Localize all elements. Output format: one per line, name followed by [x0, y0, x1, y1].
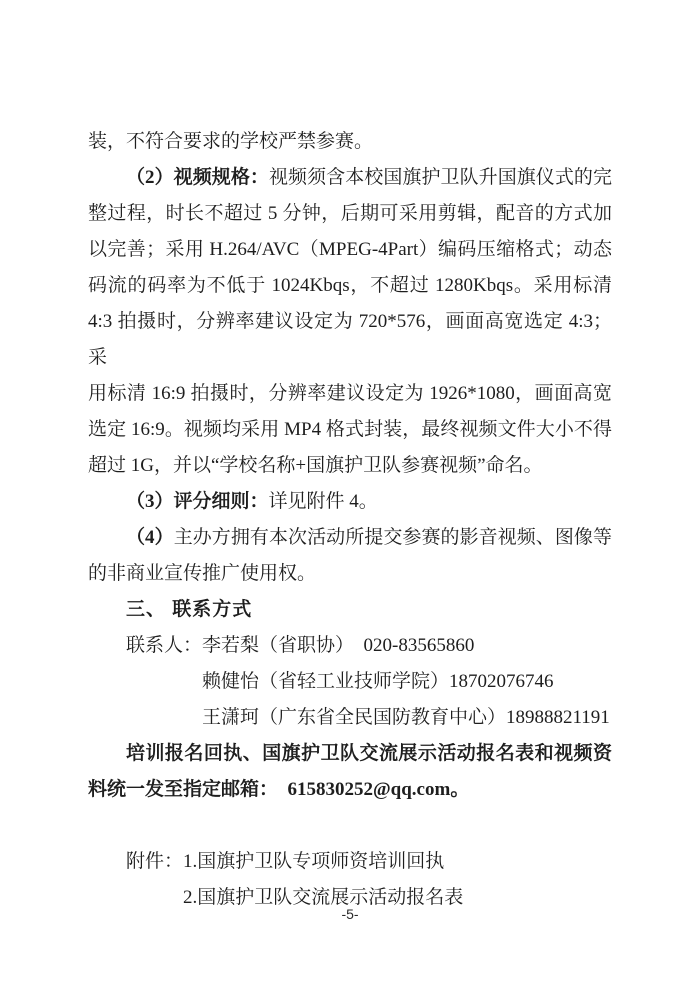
video-spec-paragraph-line: 选定 16:9。视频均采用 MP4 格式封装，最终视频文件大小不得: [88, 412, 612, 448]
video-spec-paragraph-end-line: 超过 1G，并以“学校名称+国旗护卫队参赛视频”命名。: [88, 448, 612, 484]
video-spec-paragraph-line: 码流的码率为不低于 1024Kbqs，不超过 1280Kbqs。采用标清: [88, 268, 612, 304]
mailbox-notice-end-line: 料统一发至指定邮箱： 615830252@qq.com。: [88, 772, 612, 808]
text-segment: 装，不符合要求的学校严禁参赛。: [88, 131, 373, 152]
text-segment: 主办方拥有本次活动所提交参赛的影音视频、图像等: [174, 527, 612, 548]
mailbox-notice-line: 培训报名回执、国旗护卫队交流展示活动报名表和视频资: [88, 736, 612, 772]
paragraph-end-line: 装，不符合要求的学校严禁参赛。: [88, 124, 612, 160]
blank-line: [88, 808, 612, 844]
text-segment: 4:3 拍摄时，分辨率建议设定为 720*576，画面高宽选定 4:3；采: [88, 311, 612, 368]
rights-paragraph-end-line: 的非商业宣传推广使用权。: [88, 556, 612, 592]
text-segment: 的非商业宣传推广使用权。: [88, 563, 316, 584]
bold-label-segment: （2）视频规格：: [126, 167, 269, 188]
video-spec-paragraph-line: 以完善；采用 H.264/AVC（MPEG-4Part）编码压缩格式；动态: [88, 232, 612, 268]
scoring-rules-line: （3）评分细则：详见附件 4。: [88, 484, 612, 520]
text-segment: 王潇珂（广东省全民国防教育中心）18988821191: [202, 707, 610, 728]
contact-line: 联系人：李若梨（省职协） 020-83565860: [88, 628, 612, 664]
text-segment: 超过 1G，并以“学校名称+国旗护卫队参赛视频”命名。: [88, 455, 543, 476]
attachment-line: 附件：1.国旗护卫队专项师资培训回执: [88, 844, 612, 880]
text-segment: 视频须含本校国旗护卫队升国旗仪式的完: [269, 167, 612, 188]
video-spec-paragraph-line: 4:3 拍摄时，分辨率建议设定为 720*576，画面高宽选定 4:3；采: [88, 304, 612, 376]
text-segment: 以完善；采用 H.264/AVC（MPEG-4Part）编码压缩格式；动态: [88, 239, 612, 260]
rights-paragraph-line: （4）主办方拥有本次活动所提交参赛的影音视频、图像等: [88, 520, 612, 556]
text-segment: 培训报名回执、国旗护卫队交流展示活动报名表和视频资: [126, 743, 612, 764]
video-spec-paragraph-line: 整过程，时长不超过 5 分钟，后期可采用剪辑，配音的方式加: [88, 196, 612, 232]
text-segment: 码流的码率为不低于 1024Kbqs，不超过 1280Kbqs。采用标清: [88, 275, 612, 296]
document-page: 装，不符合要求的学校严禁参赛。 （2）视频规格：视频须含本校国旗护卫队升国旗仪式…: [0, 0, 700, 990]
text-segment: 用标清 16:9 拍摄时，分辨率建议设定为 1926*1080，画面高宽: [88, 383, 612, 404]
contact-line: 赖健怡（省轻工业技师学院）18702076746: [202, 664, 612, 700]
document-body: 装，不符合要求的学校严禁参赛。 （2）视频规格：视频须含本校国旗护卫队升国旗仪式…: [88, 124, 612, 916]
text-segment: 赖健怡（省轻工业技师学院）18702076746: [202, 671, 554, 692]
text-segment: 料统一发至指定邮箱： 615830252@qq.com。: [88, 779, 469, 800]
text-segment: 联系人：李若梨（省职协） 020-83565860: [126, 635, 474, 656]
contact-line: 王潇珂（广东省全民国防教育中心）18988821191: [202, 700, 612, 736]
text-segment: 详见附件 4。: [269, 491, 378, 512]
page-number: -5-: [0, 906, 700, 922]
video-spec-paragraph-line: （2）视频规格：视频须含本校国旗护卫队升国旗仪式的完: [88, 160, 612, 196]
text-segment: 2.国旗护卫队交流展示活动报名表: [183, 887, 463, 908]
bold-label-segment: （3）评分细则：: [126, 491, 269, 512]
text-segment: 整过程，时长不超过 5 分钟，后期可采用剪辑，配音的方式加: [88, 203, 612, 224]
section-heading-contact: 三、 联系方式: [88, 592, 612, 628]
text-segment: 附件：1.国旗护卫队专项师资培训回执: [126, 851, 444, 872]
heading-text: 三、 联系方式: [126, 599, 252, 620]
bold-label-segment: （4）: [126, 527, 174, 548]
video-spec-paragraph-line: 用标清 16:9 拍摄时，分辨率建议设定为 1926*1080，画面高宽: [88, 376, 612, 412]
text-segment: 选定 16:9。视频均采用 MP4 格式封装，最终视频文件大小不得: [88, 419, 612, 440]
